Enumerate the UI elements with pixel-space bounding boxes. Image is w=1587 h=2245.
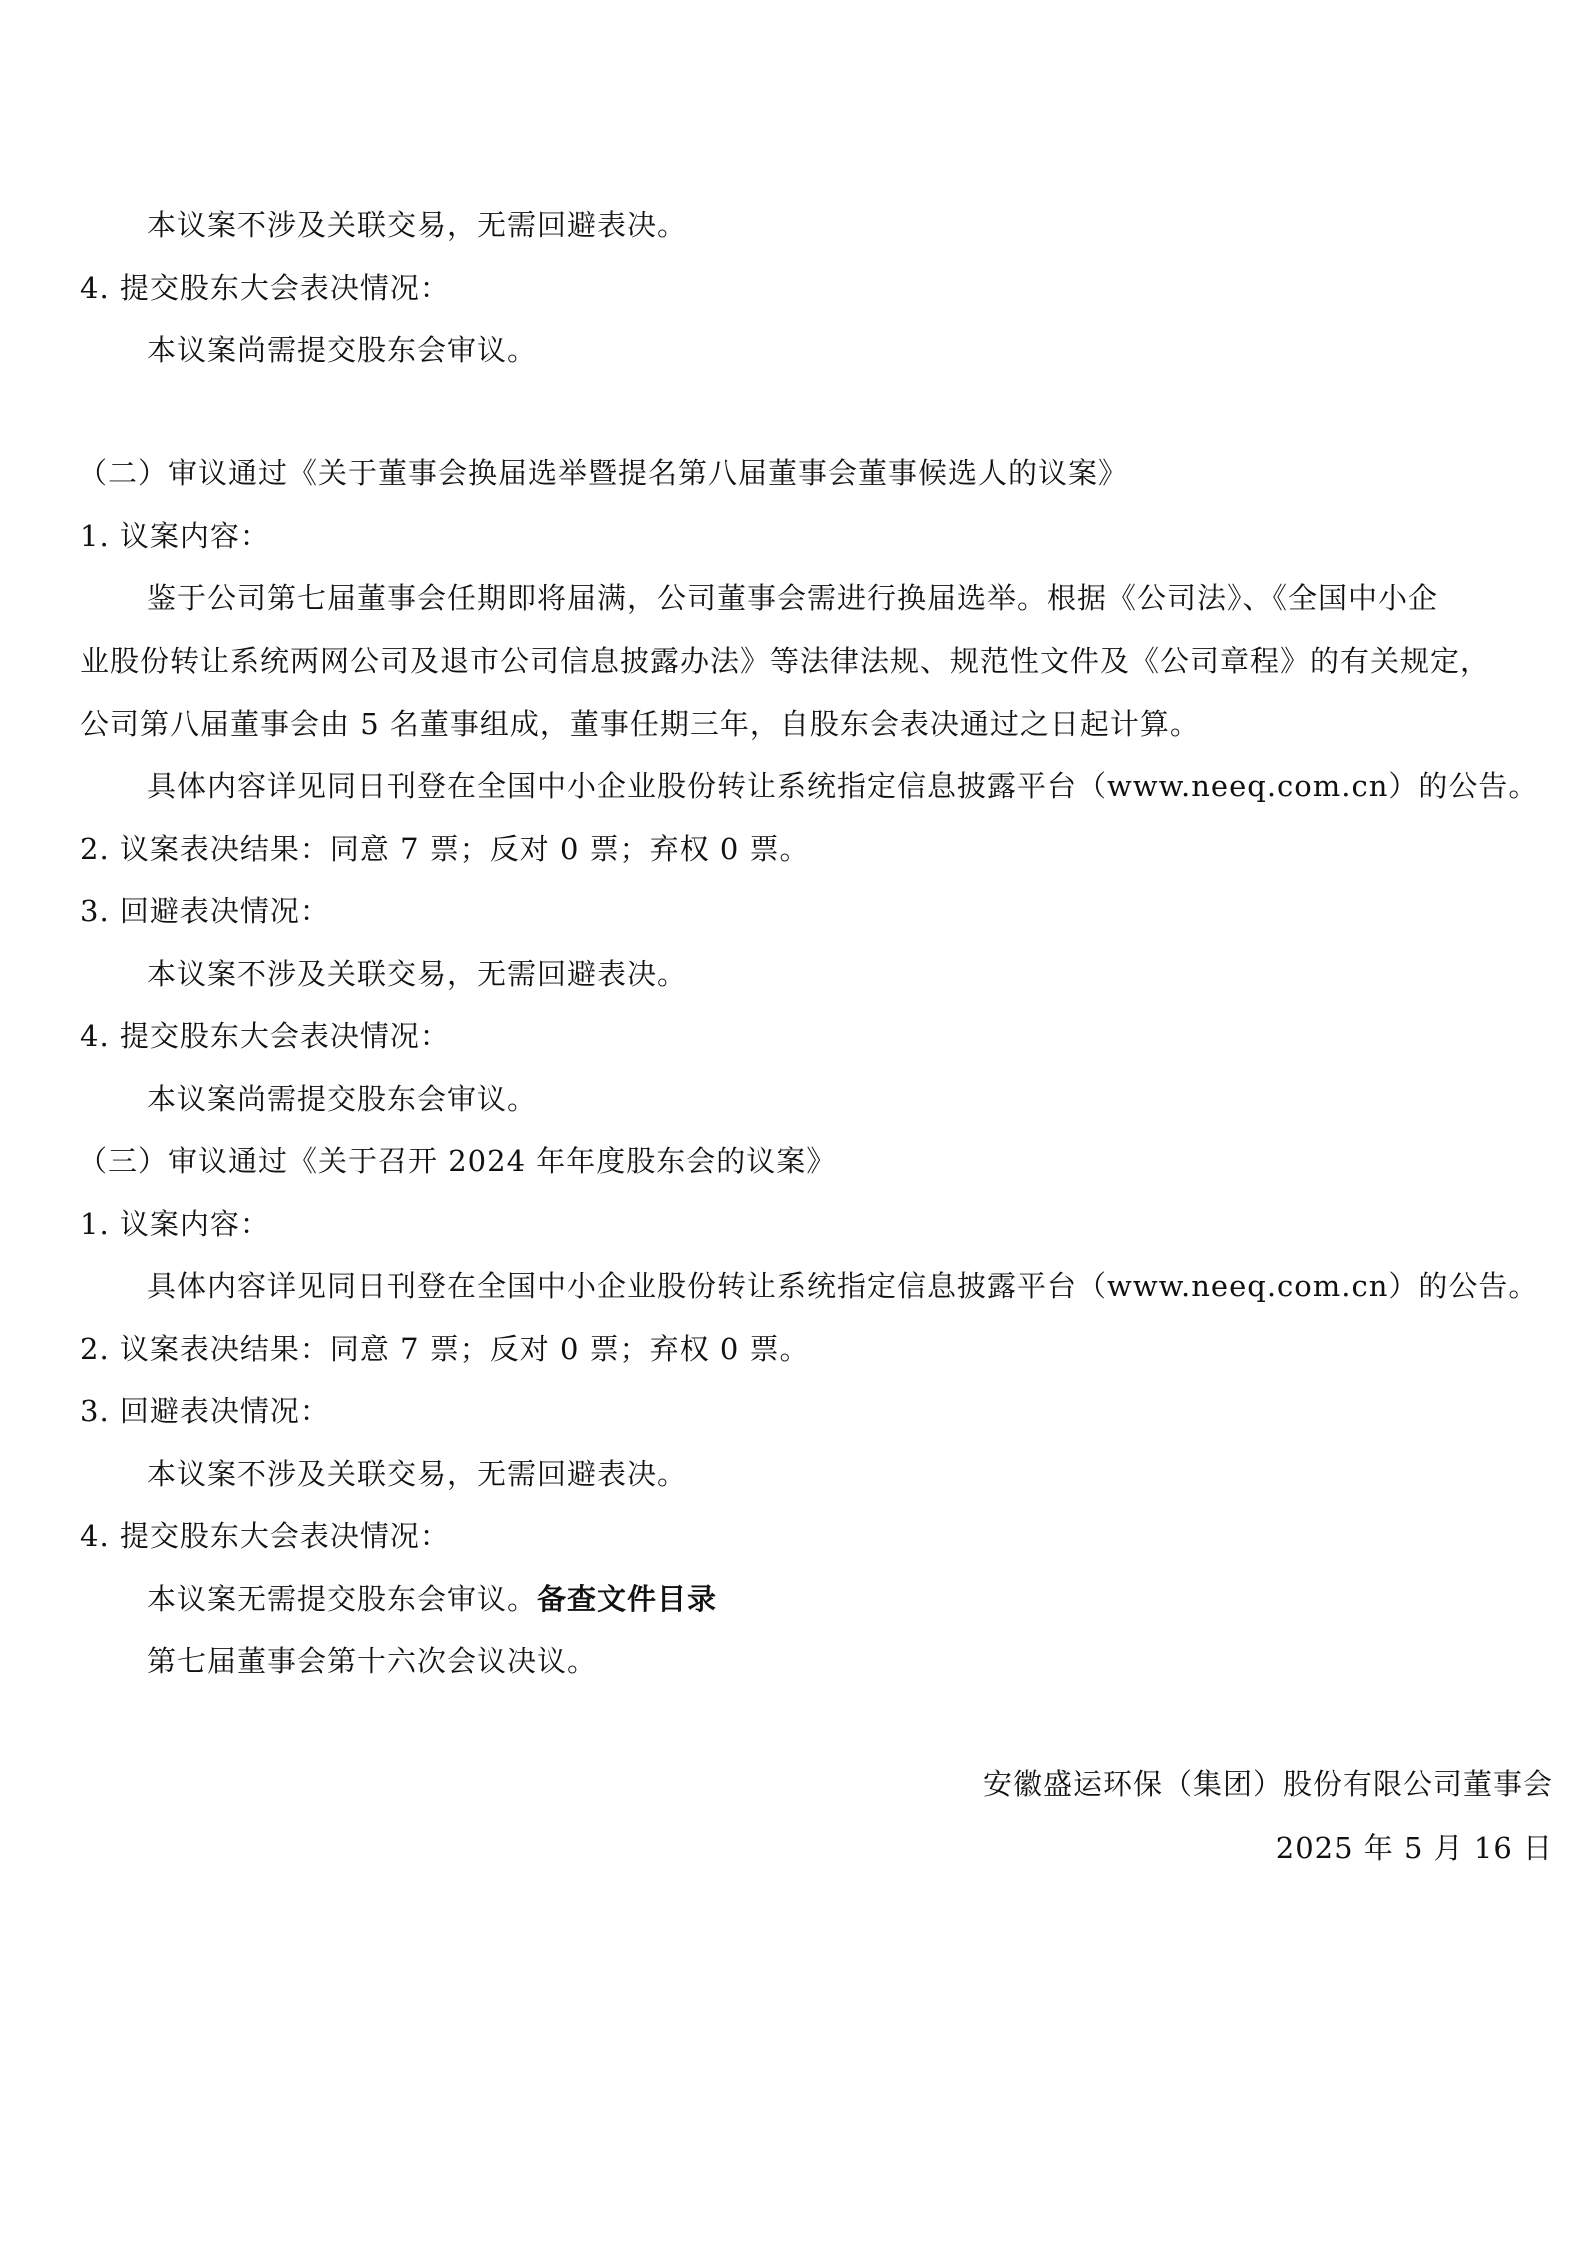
section-3-shareholder-heading: 4. 提交股东大会表决情况： <box>80 1516 450 1556</box>
section-2-content-heading: 1. 议案内容： <box>80 516 270 556</box>
section-3-announcement: 具体内容详见同日刊登在全国中小企业股份转让系统指定信息披露平台（www.neeq… <box>147 1266 1538 1306</box>
section-3-recusal-note: 本议案不涉及关联交易，无需回避表决。 <box>147 1454 687 1494</box>
section-2-paragraph-line-3: 公司第八届董事会由 5 名董事组成，董事任期三年，自股东会表决通过之日起计算。 <box>80 704 1200 744</box>
closing-note: 本议案无需提交股东会审议。 <box>147 1582 537 1616</box>
section-2-shareholder-note: 本议案尚需提交股东会审议。 <box>147 1079 537 1119</box>
shareholder-vote-note-1: 本议案尚需提交股东会审议。 <box>147 330 537 370</box>
section-2-paragraph-line-2: 业股份转让系统两网公司及退市公司信息披露办法》等法律法规、规范性文件及《公司章程… <box>80 641 1490 681</box>
recusal-note-1: 本议案不涉及关联交易，无需回避表决。 <box>147 205 687 245</box>
section-2-recusal-note: 本议案不涉及关联交易，无需回避表决。 <box>147 954 687 994</box>
section-2-shareholder-heading: 4. 提交股东大会表决情况： <box>80 1016 450 1056</box>
section-2-paragraph-line-1: 鉴于公司第七届董事会任期即将届满，公司董事会需进行换届选举。根据《公司法》、《全… <box>147 578 1438 618</box>
section-2-recusal-heading: 3. 回避表决情况： <box>80 891 330 931</box>
date: 2025 年 5 月 16 日 <box>1276 1828 1553 1868</box>
section-3-shareholder-note: 本议案无需提交股东会审议。备查文件目录 <box>147 1579 717 1619</box>
section-2-announcement: 具体内容详见同日刊登在全国中小企业股份转让系统指定信息披露平台（www.neeq… <box>147 766 1538 806</box>
reference-docs-heading: 备查文件目录 <box>537 1582 717 1616</box>
section-2-title: （二）审议通过《关于董事会换届选举暨提名第八届董事会董事候选人的议案》 <box>78 453 1128 493</box>
section-3-vote-result: 2. 议案表决结果：同意 7 票；反对 0 票；弃权 0 票。 <box>80 1329 810 1369</box>
section-3-recusal-heading: 3. 回避表决情况： <box>80 1391 330 1431</box>
section-3-title: （三）审议通过《关于召开 2024 年年度股东会的议案》 <box>78 1141 836 1181</box>
section-3-content-heading: 1. 议案内容： <box>80 1204 270 1244</box>
shareholder-vote-heading-1: 4. 提交股东大会表决情况： <box>80 268 450 308</box>
section-2-vote-result: 2. 议案表决结果：同意 7 票；反对 0 票；弃权 0 票。 <box>80 829 810 869</box>
signature: 安徽盛运环保（集团）股份有限公司董事会 <box>983 1764 1553 1804</box>
reference-doc-item: 第七届董事会第十六次会议决议。 <box>147 1641 597 1681</box>
